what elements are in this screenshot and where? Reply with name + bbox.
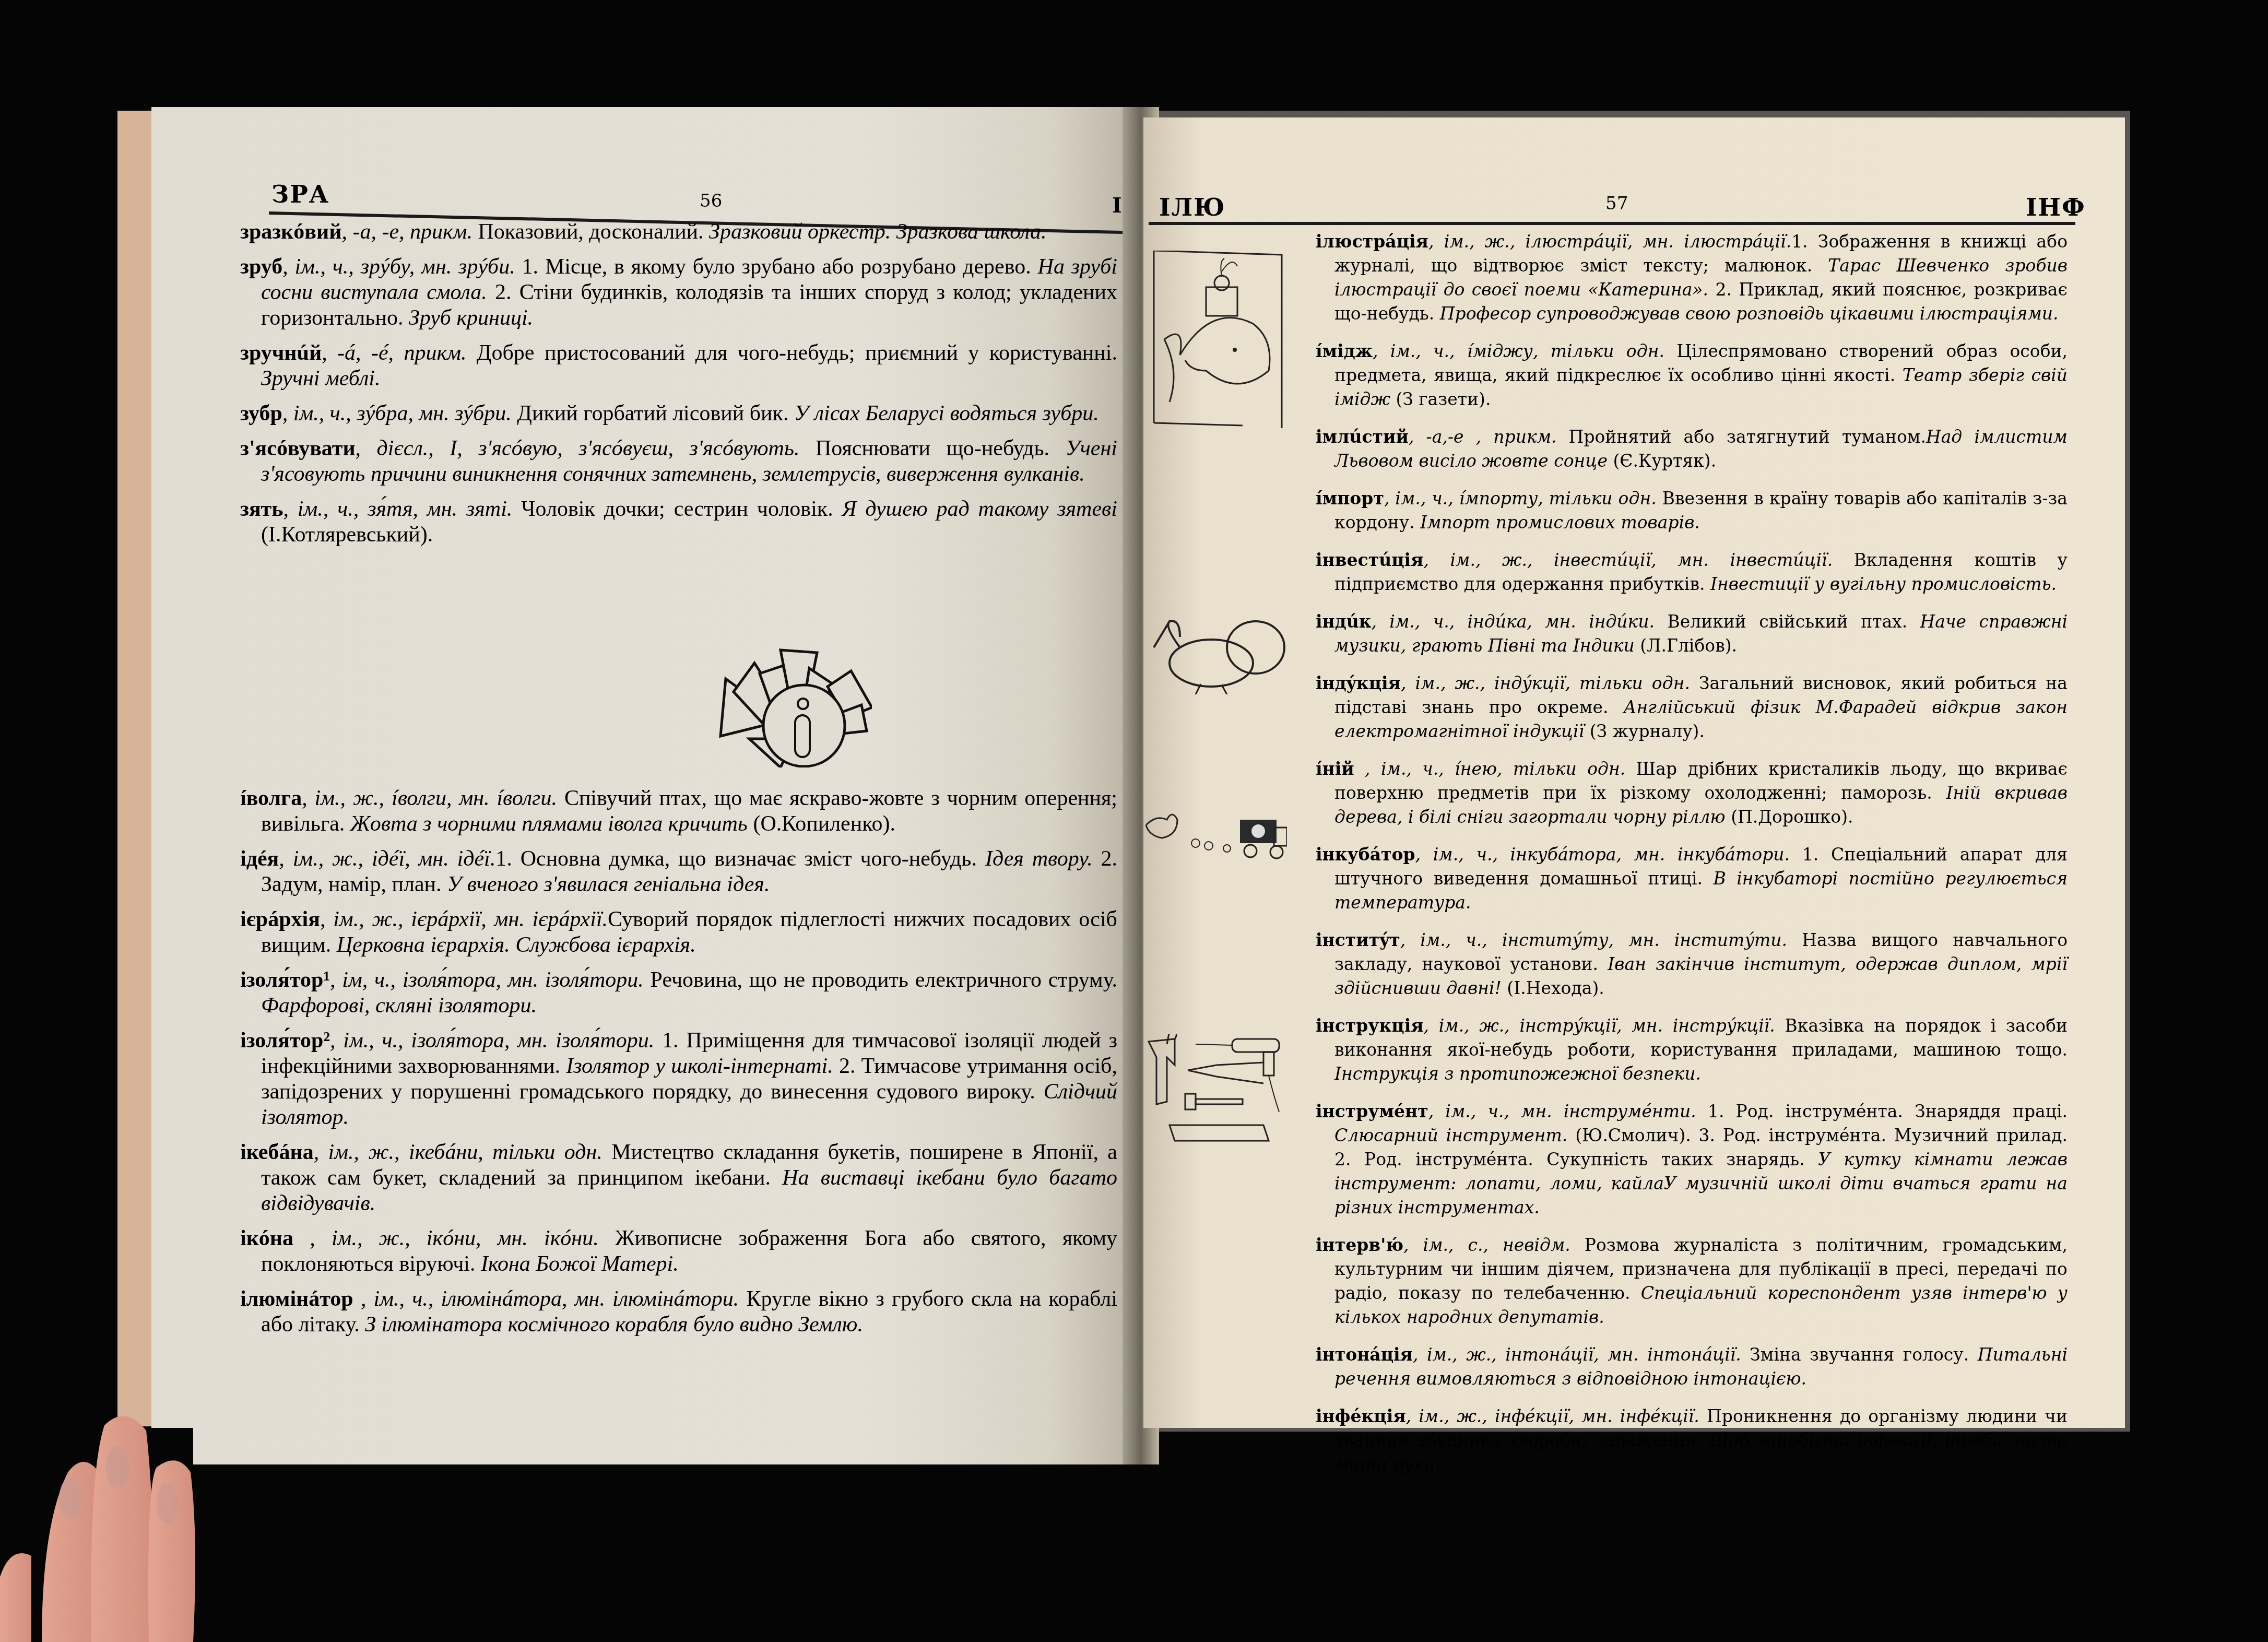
dictionary-entry: інфéкція, ім., ж., інфéкції, мн. інфéкці…	[1316, 1404, 2068, 1476]
entry-grammar: , ім., ч., ізоля́тора, мн. ізоля́тори.	[330, 1029, 654, 1053]
entry-grammar: , ім., ч., íмпорту, тільки одн.	[1384, 488, 1657, 509]
entry-example: Інвестиції у вугільну промисловість.	[1710, 574, 2057, 594]
dictionary-entry: зять, ім., ч., зя́тя, мн. зяті. Чоловік …	[240, 497, 1117, 548]
entry-headword: інструкція	[1316, 1015, 1424, 1036]
entry-grammar: , ім., ч., зрýбу, мн. зрýби.	[282, 255, 515, 279]
entry-grammar: , ім., ч., індúка, мн. індúки.	[1372, 611, 1655, 632]
entry-example: Зруб криниці.	[409, 306, 533, 330]
right-header-rule	[1149, 222, 2075, 225]
entry-source: (З газети).	[1390, 389, 1491, 409]
right-page-number: 57	[1605, 193, 1628, 214]
entry-grammar: , ім., ж., інтонáції, мн. інтонáції.	[1413, 1344, 1741, 1365]
entry-headword: інститýт	[1316, 930, 1400, 950]
entry-grammar: , -а, -е, прикм.	[341, 220, 473, 244]
entry-definition: Великий свійський птах.	[1655, 611, 1920, 632]
entry-example: Фарфорові, скляні ізолятори.	[261, 994, 537, 1018]
entry-grammar: , ім., ч., ілюмінáтора, мн. ілюмінáтори.	[353, 1287, 739, 1311]
entry-example: Професор супроводжував свою розповідь ці…	[1440, 303, 2059, 324]
entry-grammar: , -á, -é, прикм.	[322, 341, 466, 365]
dictionary-entry: ізоля́тор², ім., ч., ізоля́тора, мн. ізо…	[240, 1028, 1117, 1130]
dictionary-entry: інтонáція, ім., ж., інтонáції, мн. інтон…	[1316, 1343, 2068, 1391]
dictionary-entry: зручнúй, -á, -é, прикм. Добре пристосова…	[240, 340, 1117, 392]
entry-grammar: , ім., ч., інкубáтора, мн. інкубáтори.	[1415, 844, 1790, 865]
dictionary-entry: íмпорт, ім., ч., íмпорту, тільки одн. Вв…	[1316, 487, 2068, 535]
entry-headword: íмідж	[1316, 341, 1373, 361]
entry-headword: ієрáрхія	[240, 907, 320, 931]
entry-source: (О.Копиленко).	[748, 812, 895, 836]
entry-headword: ідéя	[240, 847, 279, 871]
entry-source: (З журналу).	[1584, 721, 1705, 741]
dictionary-entry: з'ясóвувати, дієсл., I, з'ясóвую, з'ясóв…	[240, 436, 1117, 487]
entry-source: (Ю.Смолич). 3. Род. інструмéнта. Музични…	[1567, 1125, 2068, 1145]
entry-headword: зручнúй	[240, 341, 322, 365]
entry-headword: зять	[240, 497, 283, 521]
left-entries-block: зразкóвий, -а, -е, прикм. Показовий, дос…	[240, 219, 1117, 557]
entry-grammar: , ім., ч., мн. інструмéнти.	[1428, 1101, 1696, 1121]
turkey-illustration-icon	[1149, 616, 1290, 694]
entry-example: Зразковий оркестр. Зразкова школа.	[709, 220, 1046, 244]
entry-grammar: , ім., ж., ідéї, мн. ідéї.	[279, 847, 495, 871]
entry-definition: Пройнятий або затягнутий туманом.	[1556, 427, 1926, 447]
entry-example: Слюсарний інструмент.	[1334, 1125, 1567, 1145]
entry-source: (І.Котляревський).	[261, 523, 433, 547]
entry-headword: ізоля́тор¹	[240, 968, 330, 992]
entry-definition: Пояснювати що-небудь.	[800, 436, 1066, 460]
dictionary-entry: інструмéнт, ім., ч., мн. інструмéнти. 1.…	[1316, 1100, 2068, 1220]
dictionary-entry: імлúстий, -а,-е , прикм. Пройнятий або з…	[1316, 425, 2068, 473]
entry-example: Ікона Божої Матері.	[481, 1252, 679, 1276]
dictionary-entry: íволга, ім., ж., íволги, мн. íволги. Спі…	[240, 786, 1117, 837]
dictionary-entry: ікóна , ім., ж., ікóни, мн. ікóни. Живоп…	[240, 1226, 1117, 1277]
entry-headword: інтонáція	[1316, 1344, 1413, 1365]
entry-headword: зубр	[240, 401, 282, 426]
entry-grammar: , ім., ч., íнею, тільки одн.	[1354, 759, 1625, 779]
entry-headword: ікóна	[240, 1226, 293, 1250]
dictionary-entry: інвестúція, ім., ж., інвестúції, мн. інв…	[1316, 548, 2068, 596]
entry-grammar: , ім., ж., інфéкції, мн. інфéкції.	[1406, 1406, 1699, 1426]
entry-headword: зруб	[240, 255, 282, 279]
entry-definition: Показовий, досконалий.	[473, 220, 709, 244]
whale-reading-illustration-icon	[1149, 251, 1287, 431]
entry-example: У вченого з'явилася геніальна ідея.	[447, 872, 770, 896]
page-stack-edge	[151, 107, 194, 1428]
dictionary-entry: ікебáна, ім., ж., ікебáни, тільки одн. М…	[240, 1140, 1117, 1216]
entry-grammar: , -а,-е , прикм.	[1409, 427, 1557, 447]
entry-example: Ідея твору.	[985, 847, 1093, 871]
entry-definition: Чоловік дочки; сестрин чоловік.	[512, 497, 842, 521]
entry-headword: íній	[1316, 759, 1354, 779]
entry-source: (Є.Куртяк).	[1608, 451, 1716, 471]
entry-grammar: , дієсл., I, з'ясóвую, з'ясóвуєш, з'ясóв…	[356, 436, 800, 460]
dictionary-entry: інтерв'ю́, ім., с., невідм. Розмова журн…	[1316, 1233, 2068, 1329]
entry-headword: інструмéнт	[1316, 1101, 1428, 1121]
entry-definition: 1. Основна думка, що визначає зміст чого…	[495, 847, 985, 871]
entry-grammar: , ім., ж., ієрáрхії, мн. ієрáрхії.	[320, 907, 608, 931]
entry-grammar: , ім, ч., ізоля́тора, мн. ізоля́тори.	[330, 968, 644, 992]
entry-definition: Добре пристосований для чого-небудь; при…	[466, 341, 1117, 365]
dictionary-entry: íмідж, ім., ч., íміджу, тільки одн. Ціле…	[1316, 339, 2068, 411]
dictionary-entry: зруб, ім., ч., зрýбу, мн. зрýби. 1. Місц…	[240, 254, 1117, 331]
dictionary-entry: ілюстрáція, ім., ж., ілюстрáції, мн. ілю…	[1316, 230, 2068, 326]
entry-headword: з'ясóвувати	[240, 436, 356, 460]
entry-example: Ізолятор у школі-інтернаті.	[566, 1054, 833, 1078]
entry-definition: 1. Род. інструмéнта. Знаряддя праці.	[1696, 1101, 2068, 1121]
entry-headword: ікебáна	[240, 1140, 314, 1164]
entry-headword: інвестúція	[1316, 550, 1423, 570]
entry-grammar: , ім., с., невідм.	[1403, 1235, 1570, 1255]
dictionary-entry: індúк, ім., ч., індúка, мн. індúки. Вели…	[1316, 610, 2068, 658]
entry-grammar: , ім., ж., ікóни, мн. ікóни.	[293, 1226, 599, 1250]
entry-example: Жовта з чорними плямами іволга кричить	[350, 812, 748, 836]
entry-example: Я душею рад такому зятеві	[842, 497, 1117, 521]
right-entries-block: ілюстрáція, ім., ж., ілюстрáції, мн. ілю…	[1316, 230, 2068, 1490]
entry-example: З ілюмінатора космічного корабля було ви…	[365, 1313, 863, 1337]
entry-headword: зразкóвий	[240, 220, 341, 244]
dictionary-entry: індýкція, ім., ж., індýкції, тільки одн.…	[1316, 671, 2068, 743]
left-running-head: ЗРА	[271, 180, 329, 208]
right-running-head-right: ІНФ	[2026, 193, 2086, 221]
entry-grammar: , ім., ч., зýбра, мн. зýбри.	[282, 401, 512, 426]
dictionary-entry: ідéя, ім., ж., ідéї, мн. ідéї.1. Основна…	[240, 846, 1117, 897]
entry-source: (П.Дорошко).	[1726, 807, 1853, 827]
entry-headword: íволга	[240, 786, 302, 810]
entry-headword: ізоля́тор²	[240, 1029, 330, 1053]
entry-headword: імлúстий	[1316, 427, 1409, 447]
dictionary-entry: інструкція, ім., ж., інстрýкції, мн. інс…	[1316, 1014, 2068, 1086]
entry-example: Інструкція з протипожежної безпеки.	[1334, 1064, 1701, 1084]
entry-grammar: , ім., ч., íміджу, тільки одн.	[1373, 341, 1664, 361]
entry-example: Імпорт промислових товарів.	[1420, 512, 1700, 533]
entry-definition: Речовина, що не проводить електричного с…	[644, 968, 1117, 992]
entry-headword: інкубáтор	[1316, 844, 1415, 865]
dictionary-entry: інкубáтор, ім., ч., інкубáтора, мн. інку…	[1316, 843, 2068, 915]
entry-grammar: , ім., ч., зя́тя, мн. зяті.	[283, 497, 512, 521]
entry-definition: Зміна звучання голосу.	[1741, 1344, 1978, 1365]
section-emblem-i-icon: І	[715, 642, 872, 767]
dictionary-entry: зубр, ім., ч., зýбра, мн. зýбри. Дикий г…	[240, 401, 1117, 427]
entry-headword: íмпорт	[1316, 488, 1384, 509]
entry-grammar: , ім., ж., ілюстрáції, мн. ілюстрáції.	[1428, 231, 1791, 252]
hen-chicks-truck-illustration-icon	[1141, 804, 1287, 861]
entry-grammar: , ім., ч., інститýту, мн. інститýти.	[1400, 930, 1787, 950]
left-entries-after-emblem: íволга, ім., ж., íволги, мн. íволги. Спі…	[240, 786, 1117, 1347]
right-running-head-left: ІЛЮ	[1159, 193, 1225, 221]
dictionary-entry: íній , ім., ч., íнею, тільки одн. Шар др…	[1316, 757, 2068, 829]
entry-grammar: , ім., ж., інстрýкції, мн. інстрýкції.	[1424, 1015, 1775, 1036]
entry-example: Церковна ієрархія. Службова ієрархія.	[337, 933, 696, 957]
book-cover-edge	[117, 111, 151, 1426]
entry-definition: 1. Місце, в якому було зрубано або розру…	[515, 255, 1038, 279]
dictionary-entry: інститýт, ім., ч., інститýту, мн. інстит…	[1316, 928, 2068, 1000]
entry-headword: індýкція	[1316, 673, 1401, 693]
left-page-number: 56	[700, 191, 722, 211]
entry-headword: індúк	[1316, 611, 1372, 632]
entry-headword: інфéкція	[1316, 1406, 1406, 1426]
entry-example: Зручні меблі.	[261, 367, 380, 391]
hand-holding-page	[0, 1368, 303, 1642]
entry-example: У лісах Беларусі водяться зубри.	[794, 401, 1099, 426]
entry-grammar: , ім., ж., ікебáни, тільки одн.	[314, 1140, 603, 1164]
entry-grammar: , ім., ж., інвестúції, мн. інвестúції.	[1423, 550, 1833, 570]
entry-definition: Дикий горбатий лісовий бик.	[512, 401, 794, 426]
dictionary-entry: ізоля́тор¹, ім, ч., ізоля́тора, мн. ізол…	[240, 967, 1117, 1019]
entry-source: (Л.Глібов).	[1635, 635, 1737, 656]
dictionary-entry: ілюмінáтор , ім., ч., ілюмінáтора, мн. і…	[240, 1286, 1117, 1338]
entry-grammar: , ім., ж., індýкції, тільки одн.	[1401, 673, 1690, 693]
entry-source: (І.Нехода).	[1502, 978, 1604, 998]
entry-grammar: , ім., ж., íволги, мн. íволги.	[302, 786, 557, 810]
tools-illustration-icon	[1143, 1034, 1290, 1143]
entry-definition: 2. Род. інструмéнта. Сукупність таких зн…	[1334, 1149, 1818, 1170]
entry-headword: ілюстрáція	[1316, 231, 1428, 252]
entry-headword: інтерв'ю́	[1316, 1235, 1403, 1255]
dictionary-entry: зразкóвий, -а, -е, прикм. Показовий, дос…	[240, 219, 1117, 245]
entry-headword: ілюмінáтор	[240, 1287, 353, 1311]
dictionary-entry: ієрáрхія, ім., ж., ієрáрхії, мн. ієрáрхі…	[240, 907, 1117, 958]
